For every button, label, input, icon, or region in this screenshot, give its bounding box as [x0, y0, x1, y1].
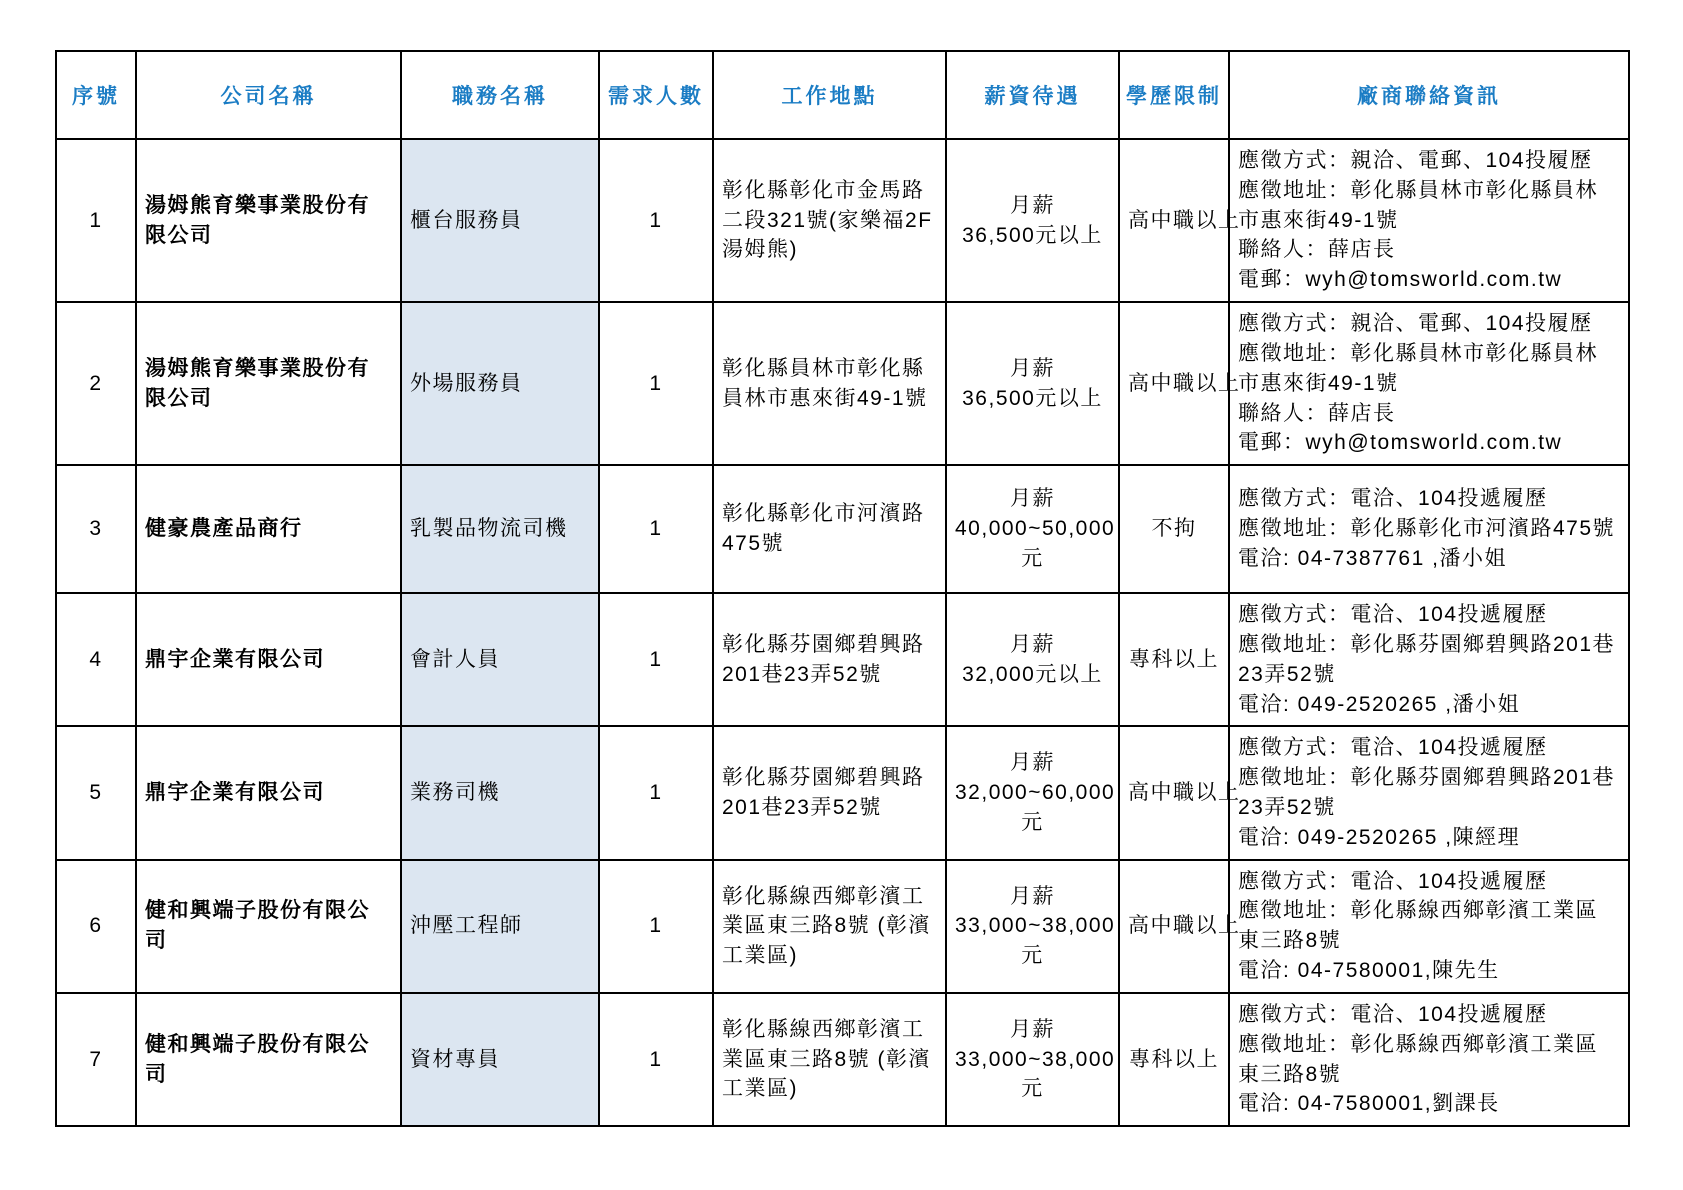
- cell-work-location: 彰化縣線西鄉彰濱工業區東三路8號 (彰濱工業區): [713, 860, 946, 993]
- cell-contact-info: 應徵方式：電洽、104投遞履歷 應徵地址：彰化縣彰化市河濱路475號 電洽: 0…: [1229, 465, 1629, 593]
- col-header-company: 公司名稱: [136, 51, 401, 139]
- cell-job-title: 業務司機: [401, 726, 599, 859]
- table-row: 1 湯姆熊育樂事業股份有限公司 櫃台服務員 1 彰化縣彰化市金馬路二段321號(…: [56, 139, 1629, 302]
- table-header-row: 序號 公司名稱 職務名稱 需求人數 工作地點 薪資待遇 學歷限制 廠商聯絡資訊: [56, 51, 1629, 139]
- cell-company-name: 湯姆熊育樂事業股份有限公司: [136, 302, 401, 465]
- cell-education: 高中職以上: [1119, 726, 1229, 859]
- cell-work-location: 彰化縣彰化市河濱路475號: [713, 465, 946, 593]
- cell-education: 專科以上: [1119, 593, 1229, 726]
- cell-company-name: 鼎宇企業有限公司: [136, 726, 401, 859]
- cell-job-title: 資材專員: [401, 993, 599, 1126]
- cell-work-location: 彰化縣彰化市金馬路二段321號(家樂福2F湯姆熊): [713, 139, 946, 302]
- cell-company-name: 鼎宇企業有限公司: [136, 593, 401, 726]
- cell-contact-info: 應徵方式：電洽、104投遞履歷 應徵地址：彰化縣線西鄉彰濱工業區東三路8號 電洽…: [1229, 993, 1629, 1126]
- cell-company-name: 健豪農產品商行: [136, 465, 401, 593]
- cell-contact-info: 應徵方式：電洽、104投遞履歷 應徵地址：彰化縣芬園鄉碧興路201巷23弄52號…: [1229, 726, 1629, 859]
- cell-headcount: 1: [599, 139, 713, 302]
- cell-job-title: 沖壓工程師: [401, 860, 599, 993]
- cell-serial-number: 5: [56, 726, 136, 859]
- cell-company-name: 健和興端子股份有限公司: [136, 993, 401, 1126]
- cell-education: 高中職以上: [1119, 302, 1229, 465]
- cell-education: 高中職以上: [1119, 860, 1229, 993]
- cell-work-location: 彰化縣員林市彰化縣員林市惠來街49-1號: [713, 302, 946, 465]
- cell-job-title: 櫃台服務員: [401, 139, 599, 302]
- cell-headcount: 1: [599, 465, 713, 593]
- cell-salary: 月薪 32,000元以上: [946, 593, 1119, 726]
- cell-contact-info: 應徵方式：電洽、104投遞履歷 應徵地址：彰化縣芬園鄉碧興路201巷23弄52號…: [1229, 593, 1629, 726]
- col-header-job-title: 職務名稱: [401, 51, 599, 139]
- cell-work-location: 彰化縣芬園鄉碧興路201巷23弄52號: [713, 726, 946, 859]
- cell-serial-number: 1: [56, 139, 136, 302]
- col-header-contact: 廠商聯絡資訊: [1229, 51, 1629, 139]
- cell-work-location: 彰化縣芬園鄉碧興路201巷23弄52號: [713, 593, 946, 726]
- col-header-education: 學歷限制: [1119, 51, 1229, 139]
- cell-salary: 月薪 33,000~38,000 元: [946, 993, 1119, 1126]
- cell-serial-number: 3: [56, 465, 136, 593]
- cell-salary: 月薪 36,500元以上: [946, 302, 1119, 465]
- document-page: 序號 公司名稱 職務名稱 需求人數 工作地點 薪資待遇 學歷限制 廠商聯絡資訊 …: [0, 0, 1683, 1190]
- cell-job-title: 乳製品物流司機: [401, 465, 599, 593]
- cell-salary: 月薪 36,500元以上: [946, 139, 1119, 302]
- cell-serial-number: 6: [56, 860, 136, 993]
- cell-company-name: 湯姆熊育樂事業股份有限公司: [136, 139, 401, 302]
- col-header-location: 工作地點: [713, 51, 946, 139]
- cell-salary: 月薪 33,000~38,000 元: [946, 860, 1119, 993]
- cell-education: 不拘: [1119, 465, 1229, 593]
- cell-company-name: 健和興端子股份有限公司: [136, 860, 401, 993]
- cell-serial-number: 2: [56, 302, 136, 465]
- cell-education: 專科以上: [1119, 993, 1229, 1126]
- table-row: 5 鼎宇企業有限公司 業務司機 1 彰化縣芬園鄉碧興路201巷23弄52號 月薪…: [56, 726, 1629, 859]
- cell-work-location: 彰化縣線西鄉彰濱工業區東三路8號 (彰濱工業區): [713, 993, 946, 1126]
- table-row: 6 健和興端子股份有限公司 沖壓工程師 1 彰化縣線西鄉彰濱工業區東三路8號 (…: [56, 860, 1629, 993]
- cell-job-title: 會計人員: [401, 593, 599, 726]
- col-header-headcount: 需求人數: [599, 51, 713, 139]
- table-row: 4 鼎宇企業有限公司 會計人員 1 彰化縣芬園鄉碧興路201巷23弄52號 月薪…: [56, 593, 1629, 726]
- cell-education: 高中職以上: [1119, 139, 1229, 302]
- cell-headcount: 1: [599, 726, 713, 859]
- cell-salary: 月薪 32,000~60,000 元: [946, 726, 1119, 859]
- table-row: 7 健和興端子股份有限公司 資材專員 1 彰化縣線西鄉彰濱工業區東三路8號 (彰…: [56, 993, 1629, 1126]
- cell-job-title: 外場服務員: [401, 302, 599, 465]
- table-body: 1 湯姆熊育樂事業股份有限公司 櫃台服務員 1 彰化縣彰化市金馬路二段321號(…: [56, 139, 1629, 1126]
- cell-contact-info: 應徵方式：親洽、電郵、104投履歷 應徵地址：彰化縣員林市彰化縣員林市惠來街49…: [1229, 139, 1629, 302]
- table-row: 3 健豪農產品商行 乳製品物流司機 1 彰化縣彰化市河濱路475號 月薪 40,…: [56, 465, 1629, 593]
- cell-headcount: 1: [599, 860, 713, 993]
- cell-salary: 月薪 40,000~50,000 元: [946, 465, 1119, 593]
- cell-headcount: 1: [599, 993, 713, 1126]
- col-header-salary: 薪資待遇: [946, 51, 1119, 139]
- cell-serial-number: 7: [56, 993, 136, 1126]
- cell-headcount: 1: [599, 593, 713, 726]
- cell-contact-info: 應徵方式：親洽、電郵、104投履歷 應徵地址：彰化縣員林市彰化縣員林市惠來街49…: [1229, 302, 1629, 465]
- cell-contact-info: 應徵方式：電洽、104投遞履歷 應徵地址：彰化縣線西鄉彰濱工業區東三路8號 電洽…: [1229, 860, 1629, 993]
- col-header-serial: 序號: [56, 51, 136, 139]
- job-listings-table: 序號 公司名稱 職務名稱 需求人數 工作地點 薪資待遇 學歷限制 廠商聯絡資訊 …: [55, 50, 1630, 1127]
- table-row: 2 湯姆熊育樂事業股份有限公司 外場服務員 1 彰化縣員林市彰化縣員林市惠來街4…: [56, 302, 1629, 465]
- cell-serial-number: 4: [56, 593, 136, 726]
- cell-headcount: 1: [599, 302, 713, 465]
